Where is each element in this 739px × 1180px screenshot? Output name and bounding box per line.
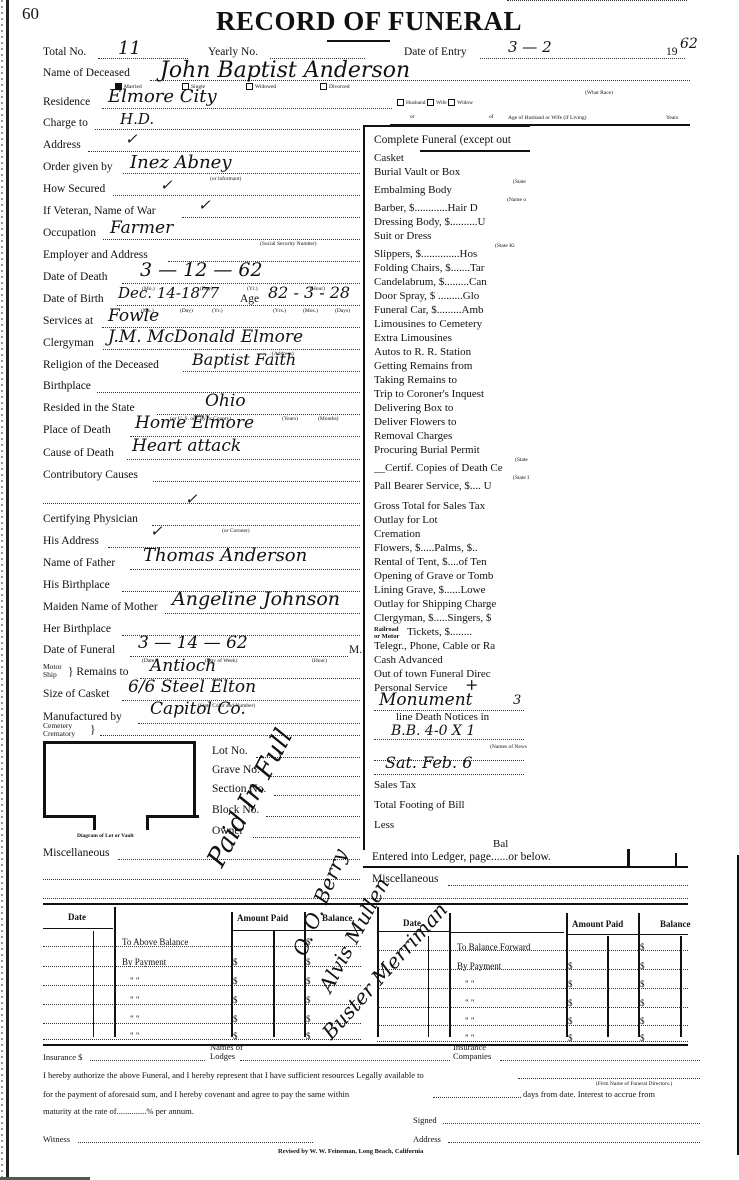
clergyman-value: J.M. McDonald Elmore	[108, 327, 303, 347]
religion-value: Baptist Faith	[192, 350, 296, 369]
charge-item: Rental of Tent, $....of Ten	[374, 556, 530, 568]
ledger-currency: $	[568, 961, 573, 971]
charge-item: Opening of Grave or Tomb	[374, 570, 530, 582]
charge-item: Extra Limousines	[374, 332, 530, 344]
charge-item: Delivering Box to	[374, 402, 530, 414]
charge-item: Autos to R. R. Station	[374, 346, 530, 358]
address-footer-label: Address	[413, 1134, 441, 1144]
charge-to-value: H.D.	[120, 110, 154, 128]
funeral-record-page: 60 RECORD OF FUNERAL Total No. 11 Yearly…	[0, 0, 739, 1180]
charge-item: Embalming Body	[374, 184, 530, 196]
margin-rule	[6, 0, 9, 1180]
employer-label: Employer and Address	[43, 249, 148, 261]
ledger-right-header-rule	[566, 934, 688, 935]
charge-item: Pall Bearer Service, $.... U	[374, 480, 530, 492]
dob-hint-days: (Days)	[335, 308, 350, 314]
ledger-currency: $	[640, 961, 645, 971]
charge-item: Cash Advanced	[374, 654, 530, 666]
address-value: ✓	[125, 130, 138, 148]
residence-field[interactable]	[102, 108, 392, 109]
ledger-currency: $	[233, 957, 238, 967]
ledger-left-date-header: Date	[68, 912, 86, 922]
charge-item: Slippers, $..............Hos	[374, 248, 530, 260]
charges-header: Complete Funeral (except out	[374, 134, 530, 146]
cemetery-brace: }	[90, 724, 96, 736]
dob-hint-yrs: (Yrs.)	[273, 308, 286, 314]
ledger-tick-2	[675, 853, 677, 866]
less-label: Less	[374, 819, 530, 831]
name-of-deceased-label: Name of Deceased	[43, 67, 130, 79]
how-secured-label: How Secured	[43, 183, 105, 195]
ledger-currency: $	[233, 995, 238, 1005]
maiden-name-of-mother-field[interactable]	[165, 613, 360, 614]
payment-statement: for the payment of aforesaid sum, and I …	[43, 1089, 349, 1099]
religion-field[interactable]	[183, 371, 360, 372]
resided-in-state-label: Resided in the State	[43, 402, 135, 414]
charge-item: Gross Total for Sales Tax	[374, 500, 530, 512]
death-notices-field[interactable]	[374, 739, 524, 740]
block-no-field[interactable]	[266, 816, 360, 817]
remains-to-value: Antioch	[150, 656, 216, 676]
total-no-label: Total No.	[43, 46, 86, 58]
date-of-entry-year-prefix: 19	[666, 46, 678, 58]
ledger-tick-1	[627, 849, 630, 866]
sales-tax-label: Sales Tax	[374, 779, 530, 791]
insurance-companies-label: InsuranceCompanies	[453, 1043, 491, 1061]
ledger-left-line[interactable]	[43, 1023, 361, 1024]
contributory-causes-label: Contributory Causes	[43, 469, 138, 481]
dob-hint-mos: (Mos.)	[303, 308, 318, 314]
authorize-statement: I hereby authorize the above Funeral, an…	[43, 1070, 424, 1080]
ledger-right-col	[607, 936, 609, 1037]
ledger-currency: $	[640, 942, 645, 952]
death-notices-label: line Death Notices in	[396, 711, 552, 723]
ledger-currency: $	[568, 1016, 573, 1026]
ledger-currency: $	[568, 979, 573, 989]
charge-item: Limousines to Cemetery	[374, 318, 530, 330]
size-of-casket-value: 6/6 Steel Elton	[128, 677, 256, 697]
witness-field[interactable]	[78, 1142, 313, 1143]
date-of-funeral-value: 3 — 14 — 62	[138, 633, 248, 653]
entered-ledger-label: Entered into Ledger, page......or below.	[372, 851, 551, 863]
certifying-physician-label: Certifying Physician	[43, 513, 138, 525]
ledger-currency: $	[568, 1033, 573, 1043]
charge-item: Removal Charges	[374, 430, 530, 442]
ledger-currency: $	[306, 976, 311, 986]
his-birthplace-label: His Birthplace	[43, 579, 110, 591]
charge-item: Getting Remains from	[374, 360, 530, 372]
place-of-death-label: Place of Death	[43, 424, 111, 436]
name-of-father-label: Name of Father	[43, 557, 115, 569]
date-of-death-label: Date of Death	[43, 271, 108, 283]
charge-to-label: Charge to	[43, 117, 88, 129]
checkbox-divorced[interactable]: Divorced	[320, 83, 349, 90]
firm-name-hint: (Firm Name of Funeral Directors.)	[596, 1081, 672, 1087]
insurance-companies-field[interactable]	[500, 1060, 700, 1061]
newspaper-hint: (Names of News	[490, 744, 527, 750]
remains-to-label: } Remains to	[68, 666, 128, 678]
residence-label: Residence	[43, 96, 90, 108]
charge-item: Flowers, $.....Palms, $..	[374, 542, 530, 554]
dob-hint-yr: (Yr.)	[212, 308, 223, 314]
charge-item: Telegr., Phone, Cable or Ra	[374, 640, 530, 652]
ledger-right-col	[680, 936, 682, 1037]
signed-field[interactable]	[443, 1123, 700, 1124]
name-of-father-field[interactable]	[130, 569, 360, 570]
charge-item: Funeral Car, $.........Amb	[374, 304, 530, 316]
order-given-by-value: Inez Abney	[130, 152, 232, 173]
ledger-currency: $	[306, 995, 311, 1005]
revised-by-credit: Revised by W. W. Feineman, Long Beach, C…	[278, 1148, 423, 1155]
total-no-value: 11	[118, 38, 141, 59]
railroad-motor-label: Railroador Motor	[374, 626, 399, 640]
age-value: 82 - 3 - 28	[268, 283, 350, 302]
how-secured-field[interactable]	[113, 195, 360, 196]
religion-label: Religion of the Deceased	[43, 359, 159, 371]
manufactured-by-field[interactable]	[138, 723, 360, 724]
ledger-left-line[interactable]	[43, 966, 361, 967]
cemetery-field[interactable]	[100, 735, 360, 736]
maiden-name-of-mother-label: Maiden Name of Mother	[43, 601, 158, 613]
resided-in-state-value: Ohio	[205, 391, 246, 411]
order-given-by-field[interactable]	[123, 173, 360, 174]
spouse-or-label: or	[410, 114, 415, 120]
date-of-funeral-meridiem: M.	[349, 644, 362, 656]
ledger-currency: $	[306, 1014, 311, 1024]
size-of-casket-label: Size of Casket	[43, 688, 109, 700]
his-address-label: His Address	[43, 535, 99, 547]
veteran-war-label: If Veteran, Name of War	[43, 205, 156, 217]
charge-item: Taking Remains to	[374, 374, 530, 386]
spouse-name-field[interactable]	[507, 0, 687, 1]
ledger-entry-rule	[363, 866, 688, 868]
death-notices-value: B.B. 4-0 X 1	[391, 723, 475, 739]
ledger-left-col	[114, 907, 116, 1037]
dob-hint-day: (Day)	[180, 308, 193, 314]
charge-item: Outlay for Shipping Charge	[374, 598, 530, 610]
ledger-currency: $	[640, 998, 645, 1008]
lodges-field[interactable]	[240, 1060, 450, 1061]
ledger-currency: $	[233, 1031, 238, 1041]
miscellaneous-label: Miscellaneous	[43, 847, 109, 859]
witness-label: Witness	[43, 1134, 70, 1144]
certifying-physician-field[interactable]	[152, 525, 360, 526]
footer-address-field[interactable]	[448, 1142, 700, 1143]
charge-item: Casket	[374, 152, 530, 164]
days-field[interactable]	[433, 1097, 521, 1098]
lot-diagram-post-right	[146, 815, 149, 830]
contributory-causes-field[interactable]	[153, 481, 360, 482]
yearly-no-label: Yearly No.	[208, 46, 258, 58]
services-at-value: Fowle	[108, 306, 159, 326]
charge-item: Suit or Dress	[374, 230, 530, 242]
occupation-value: Farmer	[110, 218, 173, 238]
veteran-war-value: ✓	[198, 196, 211, 214]
ledger-currency: $	[233, 1014, 238, 1024]
ledger-currency: $	[640, 1033, 645, 1043]
his-address-value: ✓	[150, 522, 163, 540]
cause-of-death-field[interactable]	[127, 459, 360, 460]
age-of-spouse-unit: Years	[666, 115, 678, 121]
maturity-statement: maturity at the rate of..............% p…	[43, 1106, 194, 1116]
charges-panel: Complete Funeral (except out Casket Buri…	[363, 125, 530, 850]
charge-item: Barber, $............Hair D	[374, 202, 530, 214]
ledger-left-header-rule	[43, 928, 113, 929]
charge-item: Out of town Funeral Direc	[374, 668, 530, 680]
place-of-death-value: Home Elmore	[135, 413, 254, 433]
names-of-lodges-label: Names ofLodges	[210, 1043, 243, 1061]
coroner-hint: (or Coroner)	[222, 528, 250, 534]
charge-item: Burial Vault or Box	[374, 166, 530, 178]
date-of-entry-year: 62	[680, 36, 698, 52]
charge-item: Procuring Burial Permit	[374, 444, 530, 456]
veteran-war-field[interactable]	[182, 217, 360, 218]
ledger-currency: $	[233, 976, 238, 986]
address-label: Address	[43, 139, 81, 151]
charge-item: Candelabrum, $.........Can	[374, 276, 530, 288]
certifying-physician-value: ✓	[185, 490, 198, 508]
grave-no-field[interactable]	[268, 776, 360, 777]
what-race-hint: (What Race)	[585, 90, 613, 96]
name-of-deceased-value: John Baptist Anderson	[160, 58, 410, 83]
ledger-left-line[interactable]	[43, 985, 361, 986]
how-secured-value: ✓	[160, 176, 173, 194]
ledger-left-line[interactable]	[43, 1004, 361, 1005]
date-of-entry-label: Date of Entry	[404, 46, 467, 58]
ledger-left-amount-header: Amount Paid	[237, 913, 288, 923]
insurance-label: Insurance $	[43, 1052, 82, 1062]
firm-name-field[interactable]	[518, 1078, 700, 1079]
charge-extra-line-3[interactable]	[374, 774, 524, 775]
charge-item: Tickets, $........	[407, 626, 530, 638]
spouse-of-label: of	[489, 114, 494, 120]
occupation-label: Occupation	[43, 227, 96, 239]
charge-item: Trip to Coroner's Inquest	[374, 388, 530, 400]
services-at-label: Services at	[43, 315, 93, 327]
birthplace-label: Birthplace	[43, 380, 91, 392]
ledger-right-balance-header: Balance	[660, 919, 691, 929]
ledger-currency: $	[640, 1016, 645, 1026]
page-number: 60	[22, 4, 39, 24]
lot-diagram-caption: Diagram of Lot or Vault	[77, 833, 134, 839]
page-title: RECORD OF FUNERAL	[216, 6, 522, 37]
cause-of-death-value: Heart attack	[132, 436, 241, 456]
maiden-name-of-mother-value: Angeline Johnson	[172, 588, 340, 610]
age-label: Age	[240, 293, 259, 305]
monument-amount: 3	[513, 693, 521, 708]
order-given-by-hint: (or informant)	[210, 176, 241, 182]
manufactured-by-value: Capitol Co.	[150, 699, 246, 719]
lot-diagram-edge-right	[146, 815, 199, 818]
lot-diagram-post-left	[93, 815, 96, 830]
date-of-entry-field[interactable]	[480, 58, 685, 59]
date-of-birth-label: Date of Birth	[43, 293, 104, 305]
title-rule	[327, 40, 390, 42]
ledger-right-header-rule	[451, 932, 564, 933]
contributory-causes-field-2[interactable]	[43, 503, 360, 504]
cemetery-label: CemeteryCrematory	[43, 722, 75, 738]
ledger-currency: $	[568, 998, 573, 1008]
ledger-currency: $	[640, 979, 645, 989]
date-of-death-hint-yr: (Yr.)	[247, 286, 258, 292]
lot-diagram-edge-left	[43, 815, 96, 818]
miscellaneous-field-2[interactable]	[43, 879, 360, 880]
checkbox-widowed[interactable]: Widowed	[246, 83, 276, 90]
date-of-death-value: 3 — 12 — 62	[140, 259, 263, 281]
occupation-field[interactable]	[103, 239, 360, 240]
resided-hint-years: (Years)	[282, 416, 298, 422]
clergyman-label: Clergyman	[43, 337, 94, 349]
her-birthplace-label: Her Birthplace	[43, 623, 111, 635]
monument-value: Monument	[379, 690, 473, 710]
charge-item: Folding Chairs, $.......Tar	[374, 262, 530, 274]
date-of-funeral-label: Date of Funeral	[43, 644, 115, 656]
charge-item: Deliver Flowers to	[374, 416, 530, 428]
order-given-by-label: Order given by	[43, 161, 113, 173]
spouse-checkboxes[interactable]: Husband Wife Widow	[397, 99, 473, 106]
residence-value: Elmore City	[108, 86, 217, 107]
signed-label: Signed	[413, 1115, 437, 1125]
name-of-father-value: Thomas Anderson	[143, 545, 307, 566]
charge-item: Dressing Body, $..........U	[374, 216, 530, 228]
funeral-hint-hour: (Hour)	[312, 658, 327, 664]
misc-charge-value: Sat. Feb. 6	[385, 753, 472, 772]
ledger-right-col	[428, 936, 429, 1037]
balance-label: Bal	[493, 838, 649, 850]
ledger-bottom-rule	[43, 1044, 688, 1046]
insurance-field[interactable]	[90, 1060, 205, 1061]
owner-field[interactable]	[253, 837, 360, 838]
ledger-right-amount-header: Amount Paid	[572, 919, 623, 929]
cause-of-death-label: Cause of Death	[43, 447, 114, 459]
charge-item: Clergyman, $.....Singers, $	[374, 612, 530, 624]
ledger-currency: $	[306, 1031, 311, 1041]
charge-item: Outlay for Lot	[374, 514, 530, 526]
ledger-left-line[interactable]	[43, 1039, 361, 1040]
charge-item: Cremation	[374, 528, 530, 540]
section-no-field[interactable]	[274, 795, 360, 796]
charge-item: __Certif. Copies of Death Ce	[374, 462, 530, 474]
charge-item: Door Spray, $ .........Glo	[374, 290, 530, 302]
lot-diagram-box[interactable]	[43, 741, 196, 817]
date-of-entry-value: 3 — 2	[508, 38, 552, 56]
margin-perforation	[1, 0, 3, 1180]
total-footing-label: Total Footing of Bill	[374, 799, 530, 811]
ssn-hint: (Social Security Number)	[260, 241, 317, 247]
resided-hint-months: (Months)	[318, 416, 338, 422]
motor-ship-label: MotorShip	[43, 663, 62, 679]
days-from-date-statement: days from date. Interest to accrue from	[523, 1089, 655, 1099]
charge-item: Lining Grave, $......Lowe	[374, 584, 530, 596]
date-of-birth-value: Dec. 14-1877	[118, 284, 219, 302]
age-of-spouse-label: Age of Husband or Wife (if Living)	[508, 115, 587, 121]
charges-miscellaneous-field[interactable]	[448, 885, 688, 886]
lot-no-label: Lot No.	[212, 745, 248, 757]
